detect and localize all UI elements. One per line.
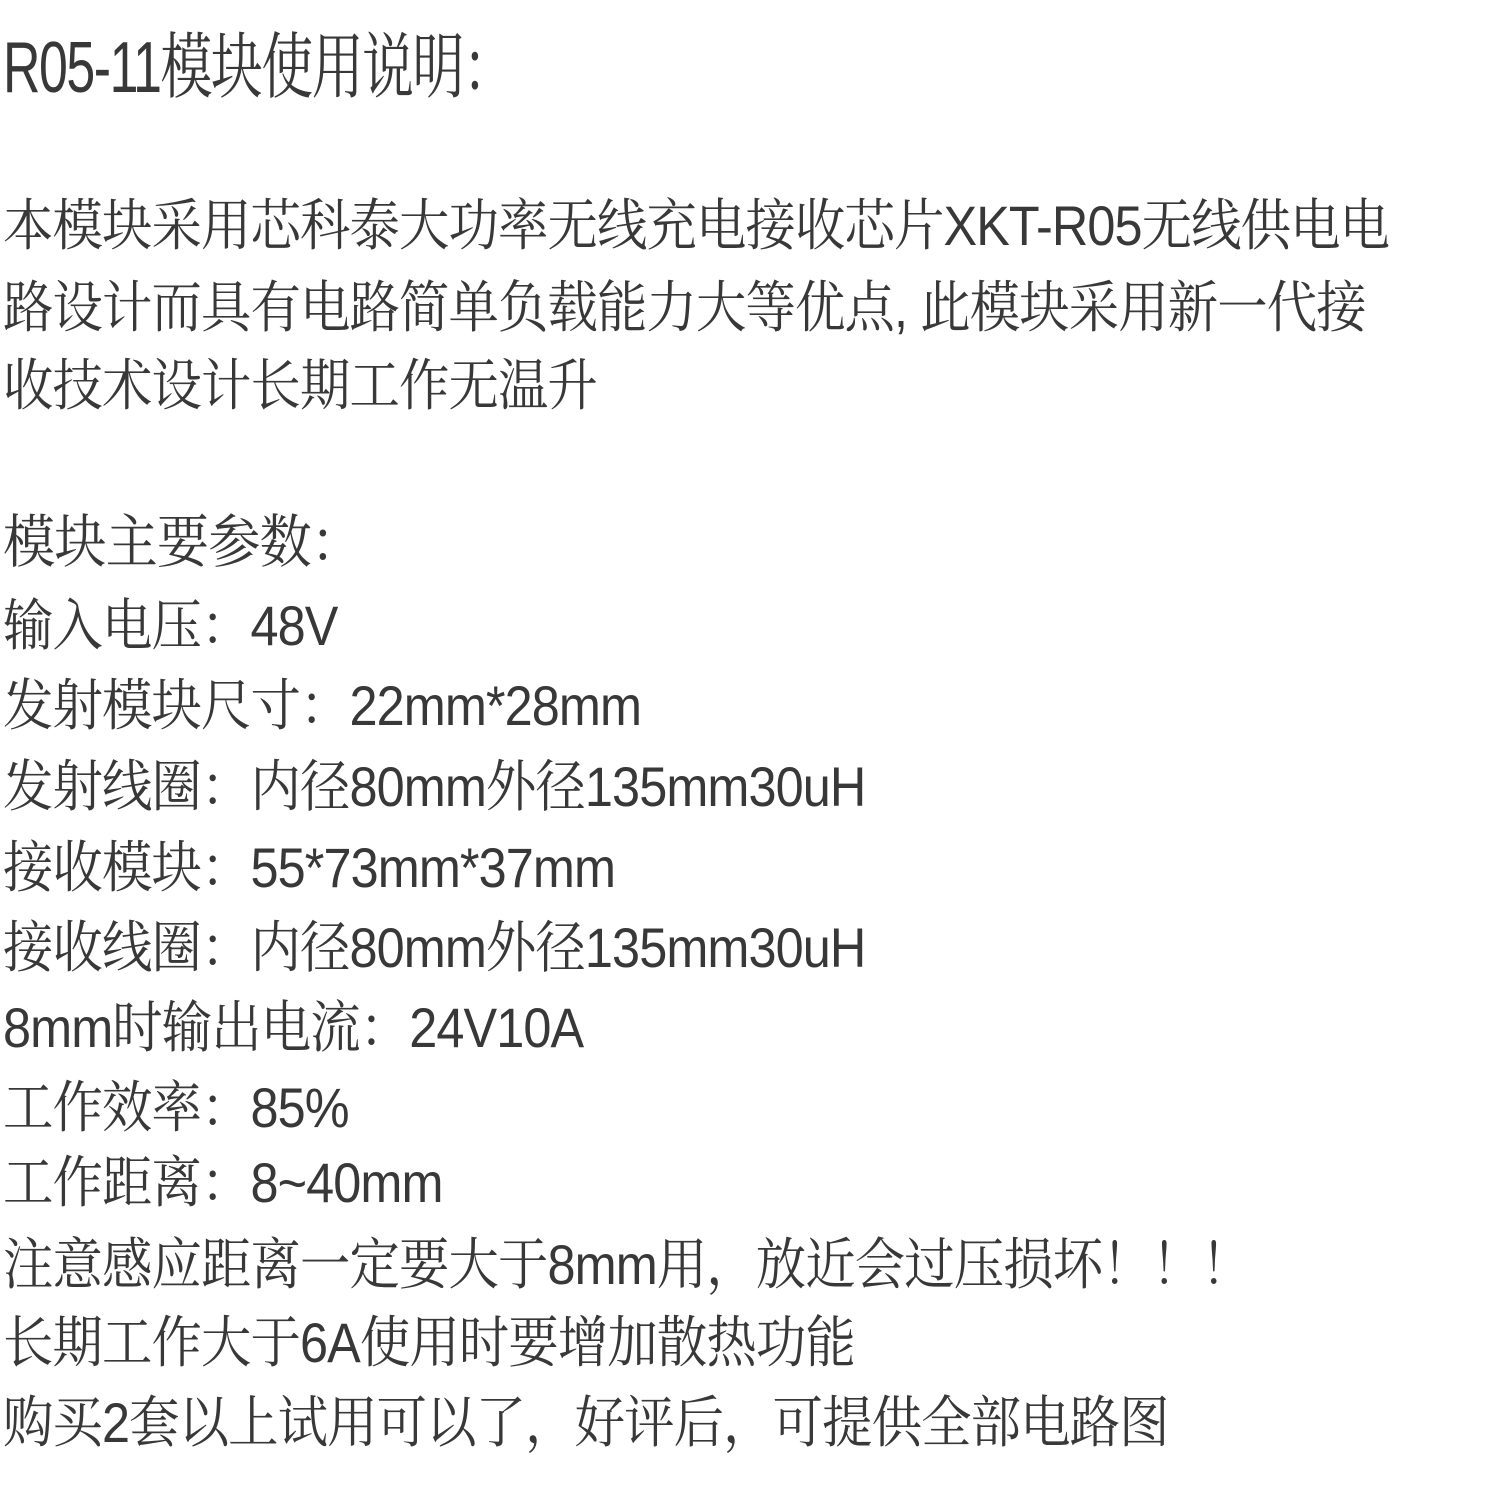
intro-paragraph-line: 路设计而具有电路简单负载能力大等优点, 此模块采用新一代接 xyxy=(3,280,1366,336)
param-line-working-distance: 工作距离：8~40mm xyxy=(3,1155,443,1211)
param-line-transmitter-coil: 发射线圈：内径80mm外径135mm30uH xyxy=(3,759,865,815)
param-line-receiver-module: 接收模块：55*73mm*37mm xyxy=(3,840,615,896)
parameters-heading: 模块主要参数： xyxy=(3,514,362,572)
note-line-distance-warning: 注意感应距离一定要大于8mm用，放近会过压损坏！！！ xyxy=(3,1237,1251,1293)
note-line-heat-dissipation: 长期工作大于6A使用时要增加散热功能 xyxy=(3,1315,855,1371)
note-line-purchase-offer: 购买2套以上试用可以了，好评后，可提供全部电路图 xyxy=(3,1395,1169,1451)
product-instruction-document: R05-11模块使用说明： 本模块采用芯科泰大功率无线充电接收芯片XKT-R05… xyxy=(0,0,1500,1485)
intro-paragraph-line: 收技术设计长期工作无温升 xyxy=(3,358,597,414)
param-line-output-current: 8mm时输出电流：24V10A xyxy=(3,1000,583,1056)
intro-paragraph-line: 本模块采用芯科泰大功率无线充电接收芯片XKT-R05无线供电电 xyxy=(3,198,1389,254)
param-line-input-voltage: 输入电压：48V xyxy=(3,598,337,654)
document-title: R05-11模块使用说明： xyxy=(3,32,513,104)
param-line-efficiency: 工作效率：85% xyxy=(3,1080,349,1136)
param-line-receiver-coil: 接收线圈：内径80mm外径135mm30uH xyxy=(3,920,865,976)
param-line-transmitter-module-size: 发射模块尺寸：22mm*28mm xyxy=(3,678,641,734)
